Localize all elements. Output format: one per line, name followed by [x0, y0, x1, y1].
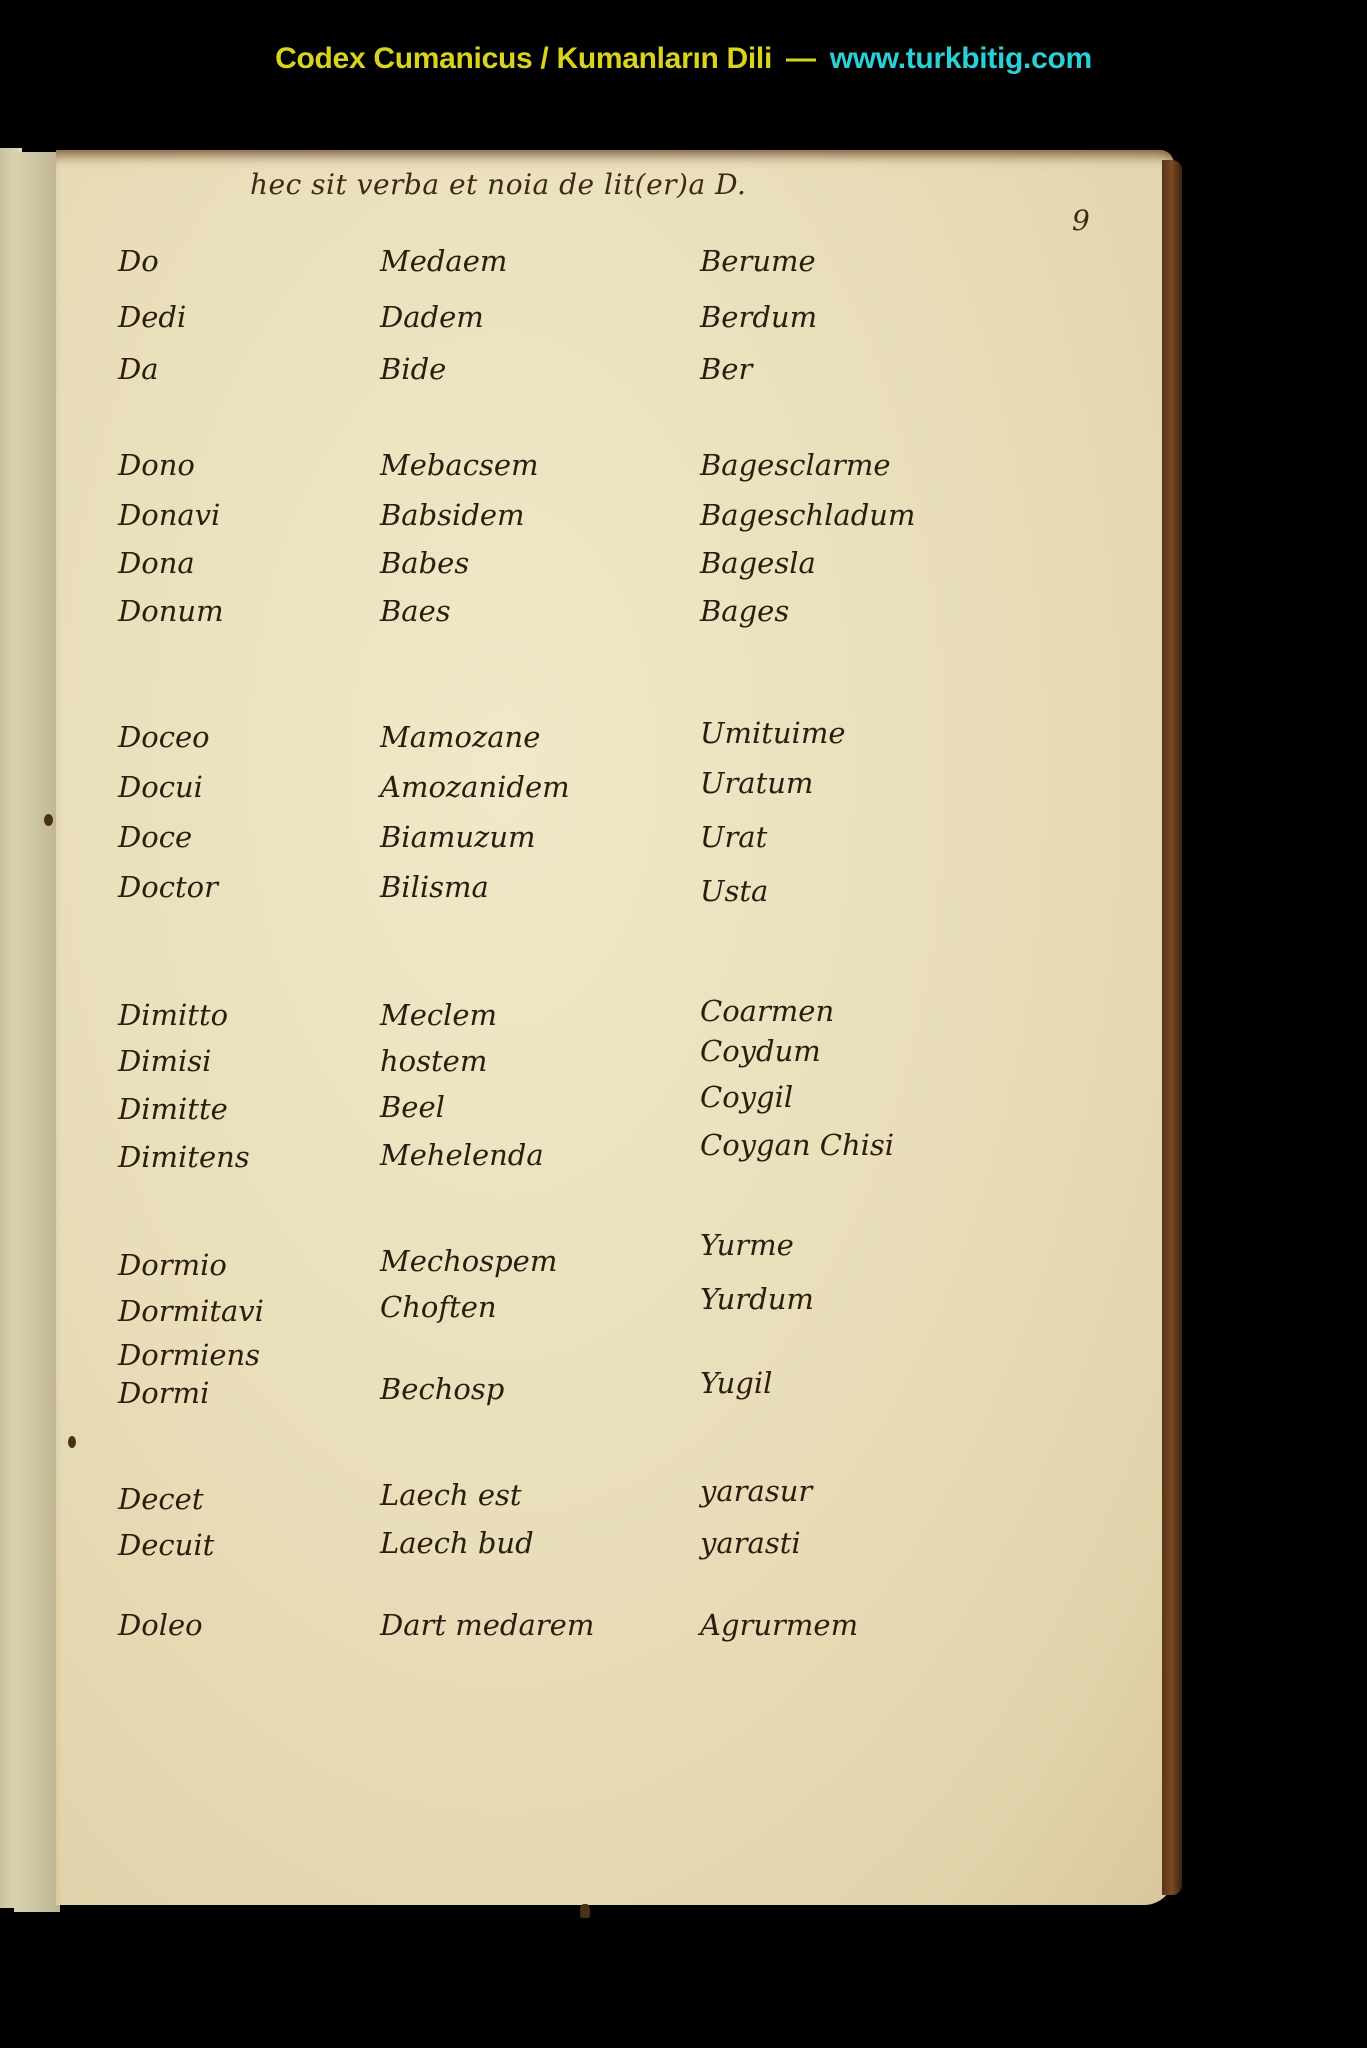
cuman-word: Bages: [700, 594, 789, 628]
persian-word: Choften: [380, 1290, 497, 1324]
cuman-word: Ber: [700, 352, 752, 386]
page-stain: [580, 1904, 590, 1918]
latin-word: Dormiens: [118, 1338, 260, 1372]
latin-word: Donavi: [118, 498, 220, 532]
banner-title: Codex Cumanicus / Kumanların Dili: [275, 42, 772, 75]
persian-word: Biamuzum: [380, 820, 536, 854]
latin-word: Decet: [118, 1482, 203, 1516]
persian-word: Mebacsem: [380, 448, 539, 482]
cuman-word: Coarmen: [700, 994, 834, 1028]
cuman-word: Usta: [700, 874, 768, 908]
cuman-word: Coygil: [700, 1080, 793, 1114]
cuman-word: yarasur: [700, 1474, 812, 1508]
cuman-word: Yurdum: [700, 1282, 814, 1316]
persian-word: Beel: [380, 1090, 445, 1124]
latin-word: Dono: [118, 448, 195, 482]
persian-word: hostem: [380, 1044, 487, 1078]
persian-word: Meclem: [380, 998, 497, 1032]
persian-word: Amozanidem: [380, 770, 570, 804]
persian-word: Laech est: [380, 1478, 522, 1512]
banner-url: www.turkbitig.com: [830, 42, 1092, 75]
persian-word: Mamozane: [380, 720, 540, 754]
latin-word: Dimisi: [118, 1044, 211, 1078]
persian-word: Mechospem: [380, 1244, 557, 1278]
latin-word: Dormitavi: [118, 1294, 264, 1328]
latin-word: Dormi: [118, 1376, 209, 1410]
cuman-word: Umituime: [700, 716, 845, 750]
cuman-word: Urat: [700, 820, 767, 854]
persian-word: Babes: [380, 546, 469, 580]
cuman-word: Berume: [700, 244, 816, 278]
persian-word: Babsidem: [380, 498, 525, 532]
latin-word: Dedi: [118, 300, 186, 334]
latin-word: Dormio: [118, 1248, 227, 1282]
cuman-word: Coydum: [700, 1034, 821, 1068]
banner-separator: —: [786, 42, 816, 75]
latin-word: Decuit: [118, 1528, 214, 1562]
cuman-word: Bagesla: [700, 546, 816, 580]
persian-word: Baes: [380, 594, 451, 628]
cuman-word: Coygan Chisi: [700, 1128, 894, 1162]
latin-word: Dimitte: [118, 1092, 228, 1126]
cuman-word: Yurme: [700, 1228, 794, 1262]
ink-blot: [68, 1436, 76, 1448]
latin-word: Dimitto: [118, 998, 228, 1032]
latin-word: Docui: [118, 770, 203, 804]
cuman-word: Yugil: [700, 1366, 772, 1400]
cuman-word: Berdum: [700, 300, 817, 334]
latin-word: Do: [118, 244, 159, 278]
latin-word: Doceo: [118, 720, 210, 754]
cuman-word: Uratum: [700, 766, 813, 800]
persian-word: Bilisma: [380, 870, 489, 904]
latin-word: Da: [118, 352, 159, 386]
persian-word: Mehelenda: [380, 1138, 544, 1172]
cuman-word: Bageschladum: [700, 498, 915, 532]
latin-word: Dona: [118, 546, 195, 580]
page-heading: hec sit verba et noia de lit(er)a D.: [250, 168, 746, 201]
page-edge-binding: [1162, 160, 1182, 1895]
folio-number: 9: [1072, 204, 1090, 237]
cuman-word: Bagesclarme: [700, 448, 891, 482]
cuman-word: Agrurmem: [700, 1608, 858, 1642]
cuman-word: yarasti: [700, 1526, 801, 1560]
latin-word: Dimitens: [118, 1140, 250, 1174]
persian-word: Dart medarem: [380, 1608, 594, 1642]
persian-word: Medaem: [380, 244, 507, 278]
persian-word: Bide: [380, 352, 446, 386]
latin-word: Donum: [118, 594, 224, 628]
ink-blot: [44, 814, 53, 826]
manuscript-book: hec sit verba et noia de lit(er)a D. 9 D…: [0, 138, 1200, 1913]
persian-word: Bechosp: [380, 1372, 504, 1406]
book-gutter: [14, 152, 60, 1912]
latin-word: Doleo: [118, 1608, 203, 1642]
persian-word: Laech bud: [380, 1526, 534, 1560]
title-banner: Codex Cumanicus / Kumanların Dili—www.tu…: [0, 42, 1367, 76]
latin-word: Doce: [118, 820, 192, 854]
latin-word: Doctor: [118, 870, 218, 904]
persian-word: Dadem: [380, 300, 484, 334]
